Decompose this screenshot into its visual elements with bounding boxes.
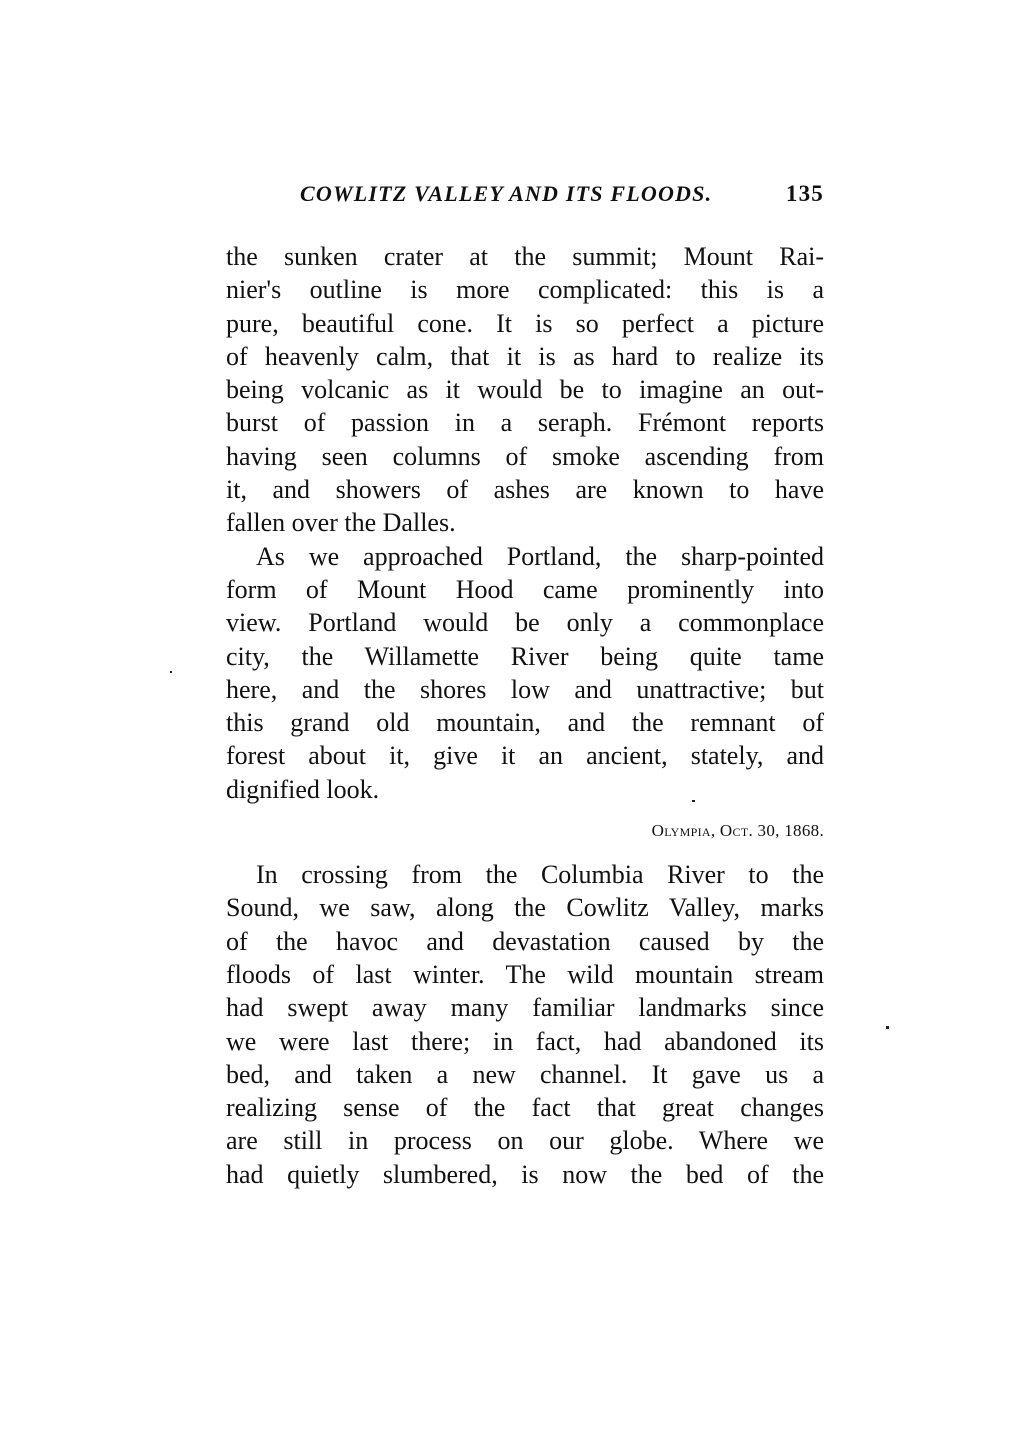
text-line: dignified look. — [226, 773, 824, 806]
text-line: burst of passion in a seraph. Frémont re… — [226, 406, 824, 439]
text-line: of the havoc and devastation caused by t… — [226, 925, 824, 958]
text-line: bed, and taken a new channel. It gave us… — [226, 1058, 824, 1091]
text-line: we were last there; in fact, had abandon… — [226, 1025, 824, 1058]
text-line: having seen columns of smoke ascending f… — [226, 440, 824, 473]
text-line: it, and showers of ashes are known to ha… — [226, 473, 824, 506]
book-page: COWLITZ VALLEY AND ITS FLOODS. 135 the s… — [0, 0, 1010, 1447]
text-line: city, the Willamette River being quite t… — [226, 640, 824, 673]
running-head: COWLITZ VALLEY AND ITS FLOODS. 135 — [300, 181, 824, 211]
paragraph-2: As we approached Portland, the sharp-poi… — [226, 540, 824, 806]
chapter-title: COWLITZ VALLEY AND ITS FLOODS. — [300, 181, 712, 207]
text-line: realizing sense of the fact that great c… — [226, 1091, 824, 1124]
text-line: here, and the shores low and unattractiv… — [226, 673, 824, 706]
text-line: Sound, we saw, along the Cowlitz Valley,… — [226, 891, 824, 924]
text-line: had quietly slumbered, is now the bed of… — [226, 1158, 824, 1191]
text-line: In crossing from the Columbia River to t… — [226, 858, 824, 891]
text-line: pure, beautiful cone. It is so perfect a… — [226, 307, 824, 340]
text-line: fallen over the Dalles. — [226, 506, 824, 539]
text-line: As we approached Portland, the sharp-poi… — [226, 540, 824, 573]
body-text: the sunken crater at the summit; Mount R… — [226, 240, 824, 1191]
text-line: this grand old mountain, and the remnant… — [226, 706, 824, 739]
text-line: being volcanic as it would be to imagine… — [226, 373, 824, 406]
scan-speck — [170, 671, 172, 673]
text-line: the sunken crater at the summit; Mount R… — [226, 240, 824, 273]
text-line: nier's outline is more complicated: this… — [226, 273, 824, 306]
paragraph-3: In crossing from the Columbia River to t… — [226, 858, 824, 1191]
text-line: had swept away many familiar landmarks s… — [226, 991, 824, 1024]
scan-speck — [692, 800, 695, 802]
text-line: view. Portland would be only a commonpla… — [226, 606, 824, 639]
paragraph-1: the sunken crater at the summit; Mount R… — [226, 240, 824, 540]
text-line: forest about it, give it an ancient, sta… — [226, 739, 824, 772]
page-number: 135 — [786, 181, 824, 207]
text-line: are still in process on our globe. Where… — [226, 1124, 824, 1157]
text-line: floods of last winter. The wild mountain… — [226, 958, 824, 991]
scan-speck — [886, 1026, 889, 1029]
text-line: of heavenly calm, that it is as hard to … — [226, 340, 824, 373]
dateline-signature: Olympia, Oct. 30, 1868. — [226, 814, 824, 848]
text-line: form of Mount Hood came prominently into — [226, 573, 824, 606]
